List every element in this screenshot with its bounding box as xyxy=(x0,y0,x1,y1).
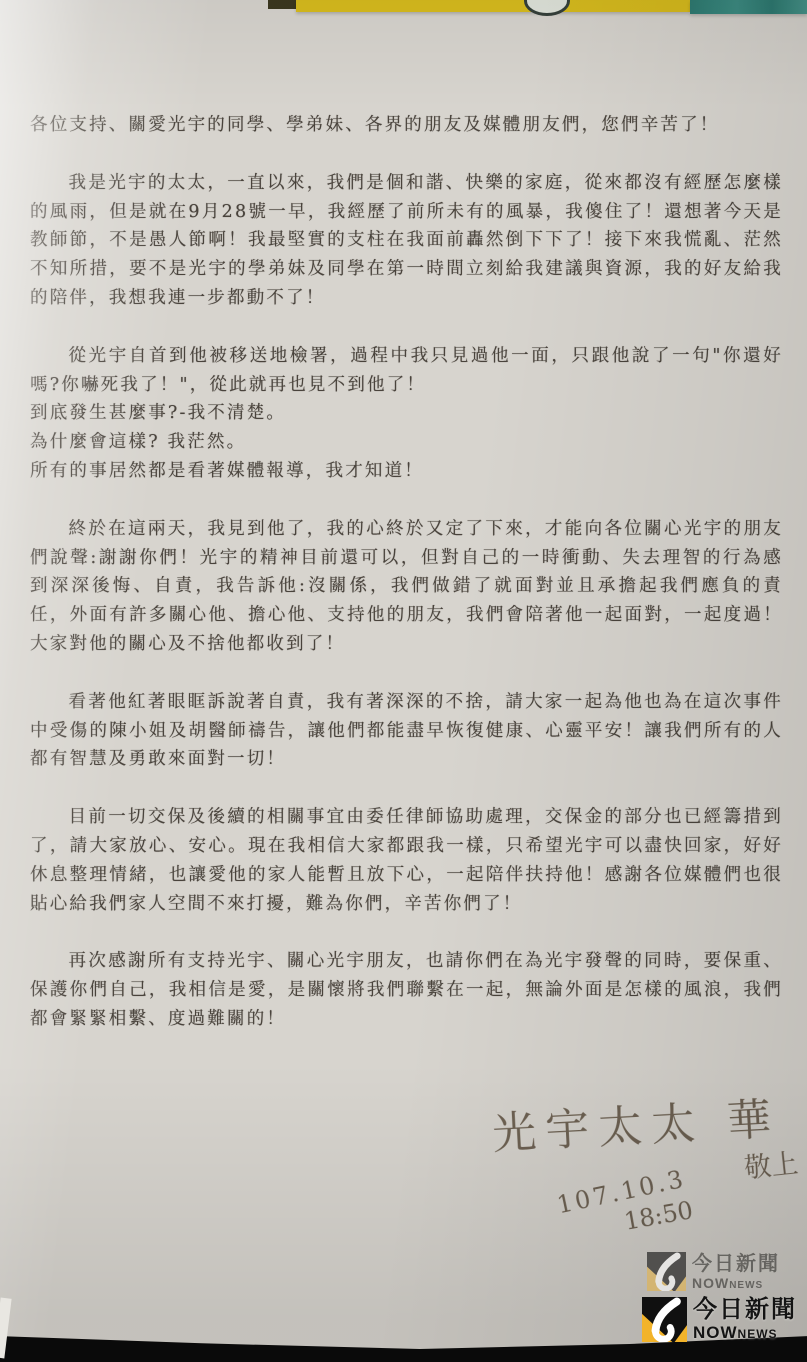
letter-paragraph: 各位支持、關愛光宇的同學、學弟妹、各界的朋友及媒體朋友們，您們辛苦了！ xyxy=(30,111,783,140)
letter-paragraph: 終於在這兩天，我見到他了，我的心終於又定了下來，才能向各位關心光宇的朋友們說聲:… xyxy=(30,515,783,659)
nownews-wordmark: 今日新聞 NOWnews xyxy=(692,1254,780,1290)
letter-paragraph: 到底發生甚麼事?-我不清楚。 xyxy=(30,399,783,428)
nownews-watermark-upper: 今日新聞 NOWnews xyxy=(647,1252,780,1291)
letter-paragraph: 從光宇自首到他被移送地檢署，過程中我只見過他一面，只跟他說了一句"你還好嗎?你嚇… xyxy=(30,342,783,400)
signature-salutation: 敬上 xyxy=(742,1141,800,1185)
letter-paragraph: 我是光宇的太太，一直以來，我們是個和諧、快樂的家庭，從來都沒有經歷怎麼樣的風雨，… xyxy=(30,169,783,313)
letter-paragraph: 為什麼會這樣? 我茫然。 xyxy=(30,428,783,457)
nownews-subtitle: NOWnews xyxy=(693,1324,797,1341)
nownews-logo-icon xyxy=(642,1297,687,1342)
letter-paragraph: 所有的事居然都是看著媒體報導，我才知道！ xyxy=(30,457,783,486)
letter-paragraph: 再次感謝所有支持光宇、關心光宇朋友，也請你們在為光宇發聲的同時，要保重、保護你們… xyxy=(30,947,783,1033)
nownews-subtitle: NOWnews xyxy=(692,1276,780,1290)
letter-paragraph: 目前一切交保及後續的相關事宜由委任律師協助處理，交保金的部分也已經籌措到了，請大… xyxy=(30,803,783,918)
letter-paragraph: 看著他紅著眼眶訴說著自責，我有著深深的不捨，請大家一起為他也為在這次事件中受傷的… xyxy=(30,688,783,774)
letter-photo: 各位支持、關愛光宇的同學、學弟妹、各界的朋友及媒體朋友們，您們辛苦了！ 我是光宇… xyxy=(0,0,807,1362)
nownews-title: 今日新聞 xyxy=(692,1254,780,1274)
letter-page: 各位支持、關愛光宇的同學、學弟妹、各界的朋友及媒體朋友們，您們辛苦了！ 我是光宇… xyxy=(30,0,783,1034)
nownews-title: 今日新聞 xyxy=(693,1298,797,1322)
signature-name: 光宇太太 華 xyxy=(491,1083,782,1162)
nownews-logo-icon xyxy=(647,1252,686,1291)
nownews-wordmark: 今日新聞 NOWnews xyxy=(693,1298,797,1341)
nownews-watermark-lower: 今日新聞 NOWnews xyxy=(642,1297,797,1342)
